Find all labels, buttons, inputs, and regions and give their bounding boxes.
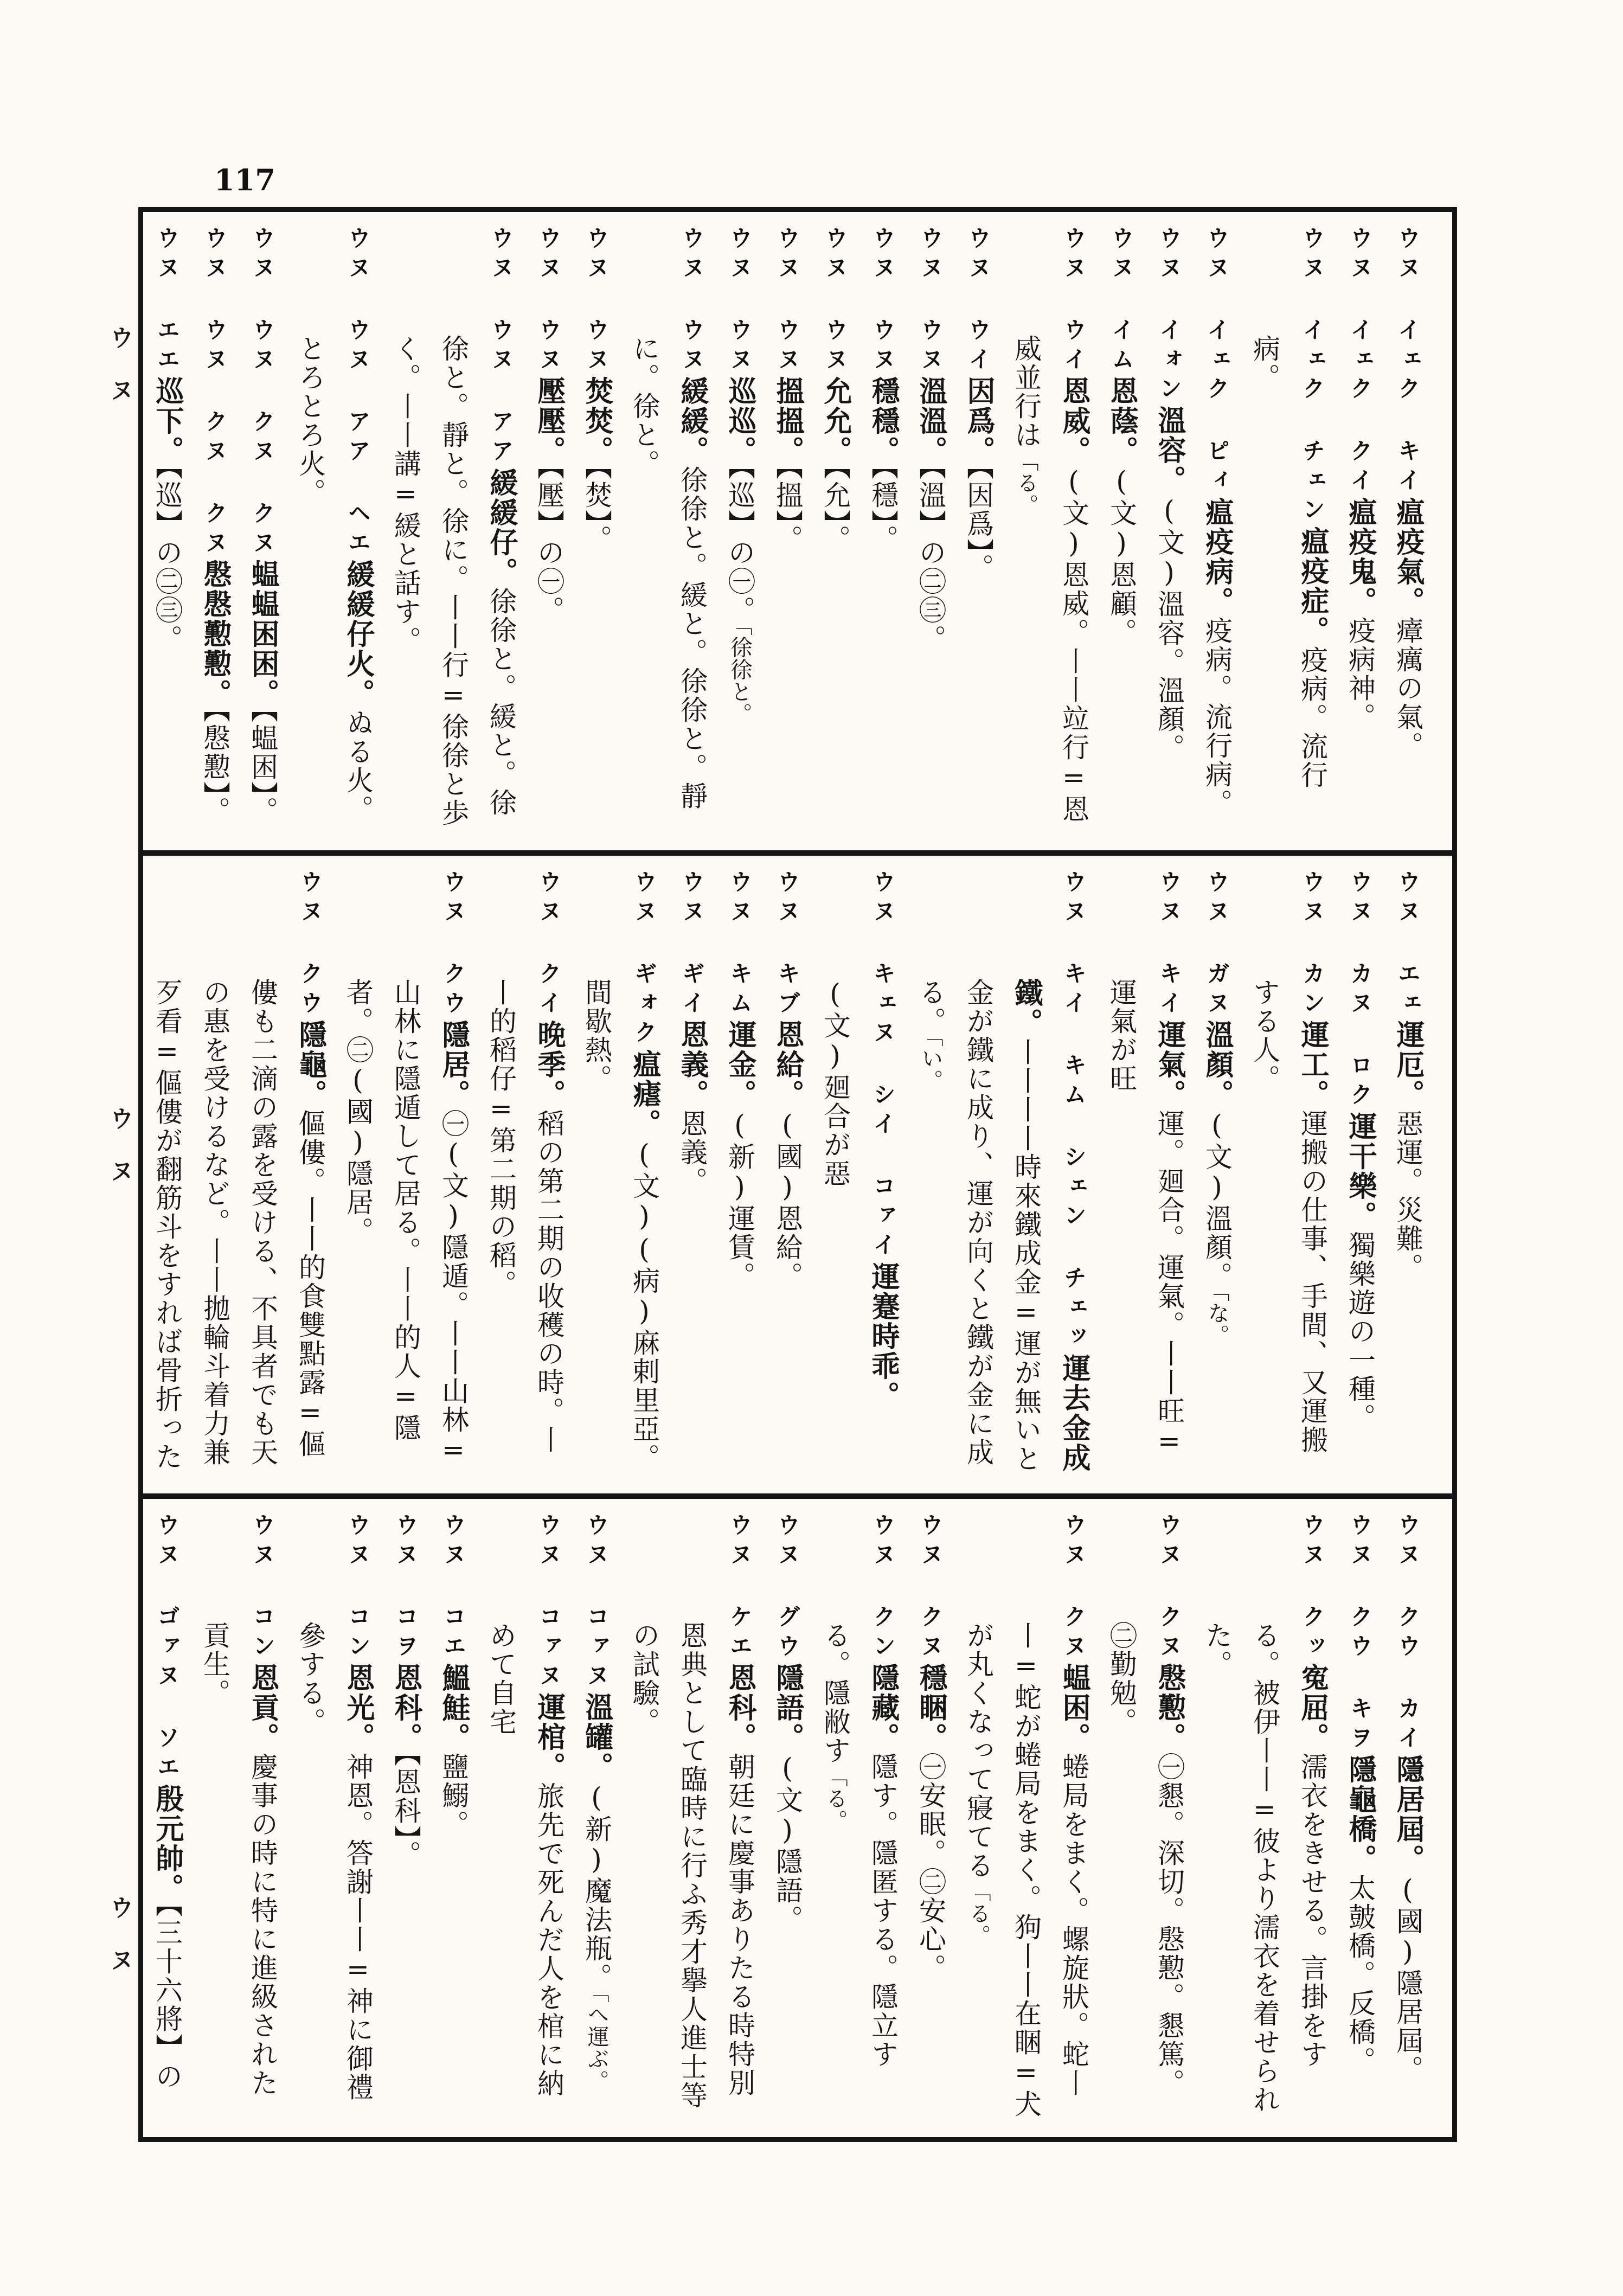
entry-pronunciation: ウヌ クウ キヲ (1336, 1513, 1384, 1755)
entry-headword: 蝹蝹困困。 (246, 560, 279, 709)
entry-headword: 恩義。 (676, 1020, 709, 1109)
entry-definition: 【壓】の㊀。 (533, 466, 564, 625)
entry-pronunciation: ウヌ エエ (143, 226, 191, 376)
entry-definition: 【蝹困】。 (247, 709, 278, 825)
entry-pronunciation: ウヌ イェク キイ (1384, 226, 1432, 497)
dictionary-entry: ウヌ ケエ恩科。朝廷に慶事ありたる時特別恩典として臨時に行ふ秀才擧人進士等の試驗… (620, 1513, 764, 2123)
entry-catchword: 「徐徐と。 (727, 625, 752, 725)
entry-pronunciation: ウヌ クウ カイ (1384, 1513, 1432, 1755)
dictionary-entry: ウヌ ウヌ クヌ クヌ蝹蝹困困。【蝹困】。 (239, 226, 286, 836)
entry-headword: 瘟疫病。 (1201, 497, 1234, 617)
entry-pronunciation: ウヌ グウ (764, 1513, 811, 1663)
entry-headword: 慇懃。 (1153, 1663, 1186, 1753)
band-bottom: ウヌ クウ カイ隱居屆。(國)隱居屆。ウヌ クウ キヲ隱龜橋。太皷橋。反橋。ウヌ… (143, 1499, 1452, 2137)
entry-pronunciation: ウヌ クイ (525, 870, 573, 1020)
dictionary-entry: ウヌ キェヌ シイ コァイ運蹇時乖。(文)廻合が惡 (811, 870, 907, 1480)
entry-pronunciation: ウヌ ウヌ (525, 226, 573, 376)
page-frame: ウヌ イェク キイ瘟疫氣。瘴癘の氣。ウヌ イェク クイ瘟疫鬼。疫病神。ウヌ イェ… (138, 207, 1457, 2142)
entry-headword: 殷元帥。 (151, 1784, 184, 1903)
dictionary-entry: ウヌ キブ恩給。(國)恩給。 (764, 870, 811, 1480)
entry-pronunciation: ウヌ ケエ (716, 1513, 764, 1663)
margin-index-label: ウヌ (102, 1106, 137, 1210)
entry-headword: 瘟瘧。 (628, 1049, 661, 1139)
band-top: ウヌ イェク キイ瘟疫氣。瘴癘の氣。ウヌ イェク クイ瘟疫鬼。疫病神。ウヌ イェ… (143, 212, 1452, 850)
dictionary-entry: ウヌ クウ キヲ隱龜橋。太皷橋。反橋。 (1336, 1513, 1384, 2123)
entry-headword: 隱龜。 (294, 1020, 327, 1109)
dictionary-entry: ウヌ ウヌ アア緩緩仔。徐徐と。緩と。徐徐と。靜と。徐に。丨丨行=徐徐と歩く。丨… (382, 226, 525, 836)
entry-pronunciation: ウヌ キイ キム シェン チェッ (1050, 870, 1098, 1354)
dictionary-entry: ウヌ クヌ慇懃。㊀懇。深切。慇懃。懇篤。㊁勤勉。 (1098, 1513, 1193, 2123)
entry-headword: 允允。 (819, 376, 852, 466)
dictionary-entry: ウヌ クン隱藏。隱す。隱匿する。隱立する。隱敝す「る。 (811, 1513, 907, 2123)
entry-pronunciation: ウヌ ウイ (954, 226, 1002, 376)
entry-headword: 恩貢。 (246, 1663, 279, 1753)
entry-headword: 運金。 (723, 1020, 756, 1109)
dictionary-entry: ウヌ イェク ピィ瘟疫病。疫病。流行病。 (1193, 226, 1241, 836)
entry-definition: 太皷橋。反橋。 (1344, 1874, 1376, 2075)
entry-pronunciation: ウヌ ガヌ (1193, 870, 1241, 1020)
entry-headword: 溫顏。 (1201, 1020, 1234, 1109)
dictionary-entry: ウヌ ウヌ緩緩。徐徐と。緩と。徐徐と。靜に。徐と。 (620, 226, 716, 836)
band-middle: ウヌ エェ運厄。惡運。災難。ウヌ カヌ ロク運干樂。獨樂遊の一種。ウヌ カン運工… (143, 856, 1452, 1494)
entry-definition: 【巡】の㊁㊂。 (151, 466, 183, 653)
entry-definition: (國)隱居屆。 (1392, 1874, 1423, 2084)
entry-pronunciation: ウヌ イェク チェン (1288, 226, 1336, 527)
entry-definition: 【巡】の㊀。 (724, 466, 755, 625)
entry-definition: 【搵】。 (772, 466, 803, 554)
dictionary-entry: ウヌ ウヌ巡巡。【巡】の㊀。「徐徐と。 (716, 226, 764, 836)
entry-definition: (文)廻合が惡 (819, 978, 851, 1188)
entry-definition: (文)恩顧。 (1106, 466, 1137, 647)
dictionary-entry: ウヌ コァヌ溫罐。(新)魔法瓶。「へ運ぶ。 (573, 1513, 620, 2123)
dictionary-entry: ウヌ ウヌ焚焚。【焚】。 (573, 226, 620, 836)
entry-headword: 壓壓。 (533, 376, 566, 466)
entry-headword: 瘟疫氣。 (1391, 497, 1425, 617)
entry-headword: 運氣。 (1153, 1020, 1186, 1109)
entry-pronunciation: ウヌ ウヌ (764, 226, 811, 376)
entry-pronunciation: ウヌ イム (1098, 226, 1145, 376)
dictionary-entry: ウヌ クウ隱龜。傴僂。丨丨的食雙點露=傴僂も二滴の露を受ける、不具者でも天の惠を… (143, 870, 334, 1480)
entry-pronunciation: ウヌ コァヌ (525, 1513, 573, 1692)
entry-pronunciation: ウヌ カヌ ロク (1336, 870, 1384, 1112)
entry-headword: 緩緩仔。 (485, 468, 518, 587)
dictionary-entry: ウヌ イェク キイ瘟疫氣。瘴癘の氣。 (1384, 226, 1432, 836)
entry-pronunciation: ウヌ キム (716, 870, 764, 1020)
entry-pronunciation: ウヌ ギイ (668, 870, 716, 1020)
dictionary-entry: ウヌ ギォク瘟瘧。(文)(病)麻剌里亞。間歇熱。 (573, 870, 668, 1480)
entry-definition: (文)溫容。溫顏。 (1153, 495, 1185, 762)
entry-headword: 瘟疫鬼。 (1344, 497, 1377, 617)
entry-headword: 恩科。 (723, 1663, 756, 1753)
entry-headword: 恩給。 (771, 1020, 804, 1109)
entry-headword: 恩蔭。 (1105, 376, 1138, 466)
entry-headword: 恩光。 (342, 1663, 375, 1753)
entry-headword: 運棺。 (533, 1692, 566, 1782)
entry-pronunciation: ウヌ キイ (1145, 870, 1193, 1020)
entry-pronunciation: ウヌ エェ (1384, 870, 1432, 1020)
dictionary-entry: ウヌ クウ カイ隱居屆。(國)隱居屆。 (1384, 1513, 1432, 2123)
entry-pronunciation: ウヌ ウヌ アア ヘエ (334, 226, 382, 560)
dictionary-entry: ウヌ クヌ穩睏。㊀安眠。㊁安心。 (907, 1513, 954, 2123)
dictionary-entry: ウヌ ウヌ溫溫。【溫】の㊁㊂。 (907, 226, 954, 836)
entry-pronunciation: ウヌ ウヌ クヌ クヌ (239, 226, 286, 560)
dictionary-entry: ウヌ カヌ ロク運干樂。獨樂遊の一種。 (1336, 870, 1384, 1480)
dictionary-entry: ウヌ ゴァヌ ソエ殷元帥。【三十六將】の一、馬に乘り四手あり、二手に日月を持ち二… (143, 1513, 191, 2123)
entry-pronunciation: ウヌ ゴァヌ ソエ (143, 1513, 191, 1784)
entry-pronunciation: ウヌ ウヌ (668, 226, 716, 376)
entry-definition: 【慇懃】。 (199, 709, 230, 825)
entry-pronunciation: ウヌ クッ (1288, 1513, 1336, 1663)
entry-pronunciation: ウヌ クヌ (907, 1513, 954, 1663)
entry-definition: 【允】。 (819, 466, 851, 554)
entry-pronunciation: ウヌ ウヌ (907, 226, 954, 376)
entry-pronunciation: ウヌ クン (859, 1513, 907, 1663)
dictionary-entry: ウヌ クッ寃屈。濡衣をきせる。言掛をする。被伊丨丨=彼より濡衣を着せられた。 (1193, 1513, 1336, 2123)
entry-headword: 運干樂。 (1344, 1112, 1377, 1231)
entry-headword: 寃屈。 (1296, 1663, 1329, 1753)
entry-headword: 緩緩仔火。 (342, 560, 375, 709)
dictionary-entry: ウヌ コァヌ運棺。旅先で死んだ人を棺に納めて自宅 (477, 1513, 573, 2123)
dictionary-entry: ウヌ ウヌ穩穩。【穩】。 (859, 226, 907, 836)
entry-definition: 【穩】。 (867, 466, 899, 554)
dictionary-entry: ウヌ ギイ恩義。恩義。 (668, 870, 716, 1480)
dictionary-entry: ウヌ イォン溫容。(文)溫容。溫顏。 (1145, 226, 1193, 836)
entry-headword: 隱藏。 (867, 1663, 900, 1753)
entry-pronunciation: ウヌ コエ (429, 1513, 477, 1663)
dictionary-entry: ウヌ クヌ蝹困。蜷局をまく。螺旋狀。蛇丨丨=蛇が蜷局をまく。狗丨丨在睏=犬が丸く… (954, 1513, 1098, 2123)
dictionary-entry: ウヌ カン運工。運搬の仕事、手間、又運搬する人。 (1241, 870, 1336, 1480)
entry-headword: 穩穩。 (867, 376, 900, 466)
dictionary-entry: ウヌ コヲ恩科。【恩科】。 (382, 1513, 429, 2123)
entry-headword: 蝹困。 (1057, 1663, 1090, 1753)
entry-pronunciation: ウヌ ウイ (1050, 226, 1098, 376)
entry-pronunciation: ウヌ コン (334, 1513, 382, 1663)
margin-index-label: ウヌ (102, 325, 137, 429)
margin-index-label: ウヌ (102, 1895, 137, 1999)
dictionary-entry: ウヌ クウ隱居。㊀(文)隱遁。丨丨山林=山林に隱遁して居る。丨丨的人=隱者。㊁(… (334, 870, 477, 1480)
entry-headword: 隱龜橋。 (1344, 1755, 1377, 1874)
dictionary-entry: ウヌ クイ晚季。稻の第二期の收穫の時。丨丨的稻仔=第二期の稻。 (477, 870, 573, 1480)
entry-definition: (國)恩給。 (772, 1109, 803, 1291)
entry-headword: 搵搵。 (771, 376, 804, 466)
entry-pronunciation: ウヌ キェヌ シイ コァイ (859, 870, 907, 1262)
entry-pronunciation: ウヌ コン (239, 1513, 286, 1663)
entry-pronunciation: ウヌ イォン (1145, 226, 1193, 406)
entry-headword: 溫容。 (1153, 406, 1186, 495)
entry-pronunciation: ウヌ クヌ (1145, 1513, 1193, 1663)
entry-catchword: 「る。 (1013, 450, 1038, 516)
dictionary-entry: ウヌ ウイ恩威。(文)恩威。丨丨竝行=恩威並行は「る。 (1002, 226, 1098, 836)
entry-definition: 瘴癘の氣。 (1392, 617, 1423, 760)
dictionary-entry: ウヌ ウヌ允允。【允】。 (811, 226, 859, 836)
entry-headword: 鰮鮭。 (437, 1663, 470, 1753)
entry-catchword: 「る。 (823, 1765, 848, 1832)
entry-catchword: 「な。 (1204, 1291, 1229, 1346)
entry-pronunciation: ウヌ カン (1288, 870, 1336, 1020)
entry-pronunciation: ウヌ ウヌ アア (477, 226, 525, 468)
entry-definition: (文)溫顏。 (1201, 1109, 1233, 1291)
entry-headword: 運厄。 (1391, 1020, 1425, 1109)
entry-definition: 疫病神。 (1344, 617, 1376, 732)
page-number: 117 (214, 163, 275, 197)
entry-headword: 因爲。 (962, 376, 995, 466)
entry-headword: 恩科。 (389, 1663, 422, 1753)
entry-headword: 慇慇懃懃。 (198, 560, 232, 709)
dictionary-entry: ウヌ ウヌ アア ヘエ緩緩仔火。ぬる火。とろとろ火。 (286, 226, 382, 836)
entry-pronunciation: ウヌ イェク ピィ (1193, 226, 1241, 497)
entry-definition: 獨樂遊の一種。 (1344, 1231, 1376, 1432)
entry-headword: 溫罐。 (580, 1692, 613, 1782)
entry-headword: 緩緩。 (676, 376, 709, 466)
entry-definition: 恩義。 (676, 1109, 708, 1196)
entry-headword: 巡下。 (151, 376, 184, 466)
dictionary-entry: ウヌ コン恩光。神恩。答謝丨丨=神に御禮參する。 (286, 1513, 382, 2123)
entry-pronunciation: ウヌ ウヌ クヌ クヌ (191, 226, 239, 560)
entry-pronunciation: ウヌ ウヌ (573, 226, 620, 376)
entry-pronunciation: ウヌ キブ (764, 870, 811, 1020)
entry-definition: 惡運。災難。 (1392, 1109, 1423, 1282)
entry-pronunciation: ウヌ コヲ (382, 1513, 429, 1663)
entry-catchword: 「へ運ぶ。 (584, 1992, 609, 2092)
entry-definition: 疫病。流行病。 (1201, 617, 1233, 818)
band-separator (143, 1493, 1452, 1499)
entry-headword: 隱語。 (771, 1663, 804, 1753)
entry-headword: 運蹇時乖。 (867, 1262, 900, 1411)
entry-definition: (新)魔法瓶。 (581, 1782, 612, 1992)
entry-definition: 【焚】。 (581, 466, 612, 554)
dictionary-entry: ウヌ ウヌ クヌ クヌ慇慇懃懃。【慇懃】。 (191, 226, 239, 836)
dictionary-entry: ウヌ コン恩貢。慶事の時に特に進級された貢生。 (191, 1513, 286, 2123)
entry-definition: ㊀安眠。㊁安心。 (915, 1753, 946, 1983)
entry-headword: 巡巡。 (723, 376, 756, 466)
entry-headword: 焚焚。 (580, 376, 613, 466)
dictionary-entry: ウヌ キイ運氣。運。廻合。運氣。丨丨旺=運氣が旺 (1098, 870, 1193, 1480)
dictionary-entry: ウヌ キイ キム シェン チェッ運去金成鐵。丨丨丨丨時來鐵成金=運が無いと金が鐵… (907, 870, 1098, 1480)
entry-headword: 溫溫。 (914, 376, 947, 466)
entry-headword: 運工。 (1296, 1020, 1329, 1109)
entry-headword: 穩睏。 (914, 1663, 947, 1753)
entry-pronunciation: ウヌ ウヌ (716, 226, 764, 376)
dictionary-entry: ウヌ エェ運厄。惡運。災難。 (1384, 870, 1432, 1480)
entry-headword: 晚季。 (533, 1020, 566, 1109)
entry-headword: 瘟疫症。 (1296, 527, 1329, 646)
dictionary-entry: ウヌ ウイ因爲。【因爲】。 (954, 226, 1002, 836)
entry-definition: (文)隱語。 (772, 1753, 803, 1934)
dictionary-entry: ウヌ ウヌ搵搵。【搵】。 (764, 226, 811, 836)
entry-definition: 鹽鰯。 (438, 1753, 469, 1839)
entry-definition: 【恩科】。 (390, 1753, 421, 1869)
entry-definition: (新)運賃。 (724, 1109, 755, 1291)
dictionary-entry: ウヌ ガヌ溫顏。(文)溫顏。「な。 (1193, 870, 1241, 1480)
entry-pronunciation: ウヌ ウヌ (811, 226, 859, 376)
entry-catchword: 「い。 (918, 1036, 943, 1092)
entry-pronunciation: ウヌ クウ (429, 870, 477, 1020)
dictionary-entry: ウヌ イェク クイ瘟疫鬼。疫病神。 (1336, 226, 1384, 836)
entry-headword: 隱居屆。 (1391, 1755, 1425, 1874)
entry-pronunciation: ウヌ ギォク (620, 870, 668, 1049)
entry-pronunciation: ウヌ クヌ (1050, 1513, 1098, 1663)
entry-pronunciation: ウヌ ウヌ (859, 226, 907, 376)
dictionary-entry: ウヌ コエ鰮鮭。鹽鰯。 (429, 1513, 477, 2123)
entry-definition: 【因爲】。 (963, 466, 994, 582)
band-separator (143, 850, 1452, 856)
entry-headword: 恩威。 (1057, 376, 1090, 466)
dictionary-entry: ウヌ イム恩蔭。(文)恩顧。 (1098, 226, 1145, 836)
entry-pronunciation: ウヌ クウ (286, 870, 334, 1020)
entry-pronunciation: ウヌ コァヌ (573, 1513, 620, 1692)
dictionary-entry: ウヌ グウ隱語。(文)隱語。 (764, 1513, 811, 2123)
entry-pronunciation: ウヌ イェク クイ (1336, 226, 1384, 497)
entry-headword: 隱居。 (437, 1020, 470, 1109)
dictionary-entry: ウヌ イェク チェン瘟疫症。疫病。流行病。 (1241, 226, 1336, 836)
dictionary-entry: ウヌ エエ巡下。【巡】の㊁㊂。 (143, 226, 191, 836)
dictionary-entry: ウヌ ウヌ壓壓。【壓】の㊀。 (525, 226, 573, 836)
entry-catchword: 「る。 (966, 1880, 991, 1947)
entry-definition: 【溫】の㊁㊂。 (915, 466, 946, 653)
dictionary-entry: ウヌ キム運金。(新)運賃。 (716, 870, 764, 1480)
